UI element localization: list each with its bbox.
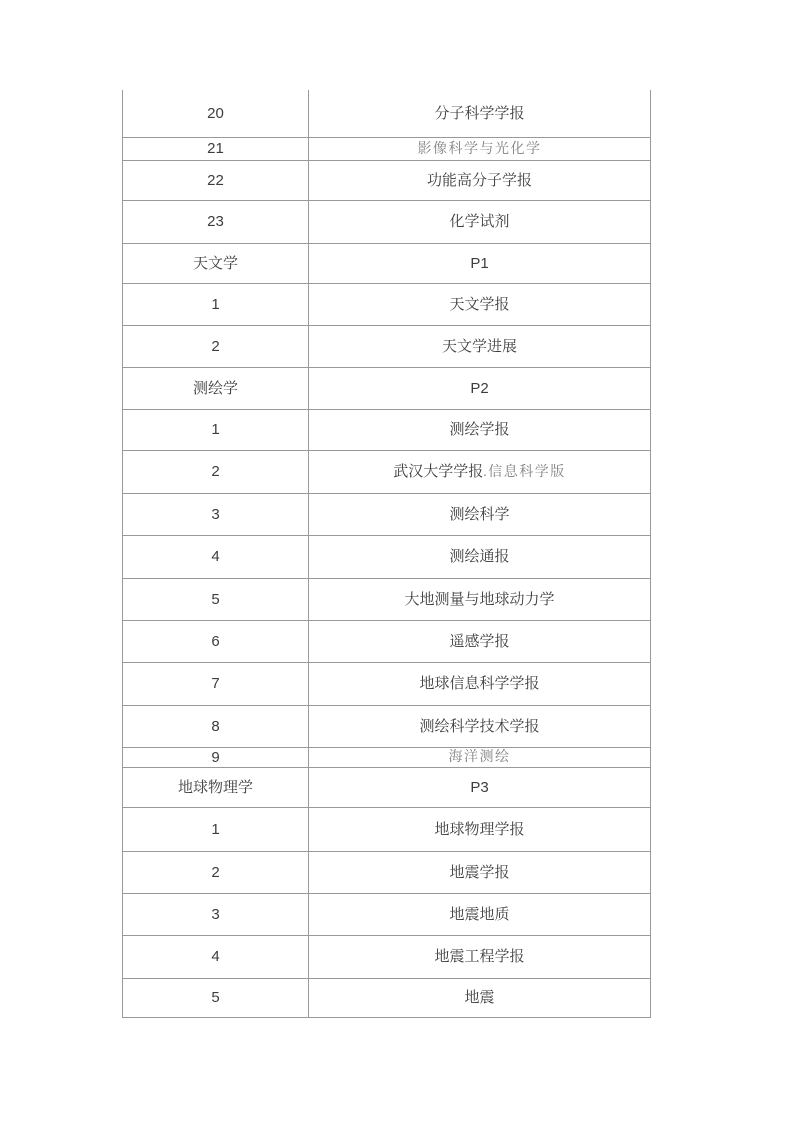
row-label-cell: 2 <box>123 851 309 893</box>
row-label-cell: 3 <box>123 493 309 535</box>
journal-name: 地球物理学报 <box>434 821 524 838</box>
journal-name: 天文学报 <box>449 296 509 313</box>
row-label: 1 <box>211 421 219 438</box>
table-row: 1 测绘学报 <box>123 409 651 450</box>
table-row: 4 测绘通报 <box>123 535 651 578</box>
row-label: 5 <box>211 989 219 1006</box>
journal-name-cell: 武汉大学学报.信息科学版 <box>309 450 651 493</box>
journal-name-cell: 功能高分子学报 <box>309 160 651 200</box>
row-label: 3 <box>211 506 219 523</box>
journal-name: P1 <box>470 255 488 272</box>
row-label: 2 <box>211 463 219 480</box>
table-row: 4 地震工程学报 <box>123 935 651 978</box>
row-label-cell: 22 <box>123 160 309 200</box>
journal-name: P3 <box>470 779 488 796</box>
journal-name: 海洋测绘 <box>449 750 511 765</box>
table-row: 5 地震 <box>123 978 651 1017</box>
journal-name-cell: 地震工程学报 <box>309 935 651 978</box>
journal-name: 地震地质 <box>449 906 509 923</box>
row-label-cell: 4 <box>123 935 309 978</box>
journal-name-cell: 地震地质 <box>309 893 651 935</box>
row-label-cell: 1 <box>123 807 309 851</box>
row-label-cell: 1 <box>123 283 309 325</box>
journal-name-cell: 地震学报 <box>309 851 651 893</box>
journal-name: 测绘科学 <box>449 506 509 523</box>
journal-name: 功能高分子学报 <box>427 172 532 189</box>
table-row: 9 海洋测绘 <box>123 747 651 767</box>
row-label: 22 <box>207 172 224 189</box>
row-label-cell: 2 <box>123 325 309 367</box>
table-row: 5 大地测量与地球动力学 <box>123 578 651 620</box>
row-label-cell: 3 <box>123 893 309 935</box>
journal-name-cell: P2 <box>309 367 651 409</box>
row-label-cell: 23 <box>123 200 309 243</box>
journal-name: 化学试剂 <box>449 213 509 230</box>
row-label-cell: 地球物理学 <box>123 767 309 807</box>
journal-name-cell: 天文学进展 <box>309 325 651 367</box>
table-row: 3 地震地质 <box>123 893 651 935</box>
row-label-cell: 7 <box>123 662 309 705</box>
journal-name: 测绘科学技术学报 <box>419 718 539 735</box>
journal-name-cell: 影像科学与光化学 <box>309 137 651 160</box>
row-label: 地球物理学 <box>178 779 253 796</box>
row-label-cell: 20 <box>123 90 309 137</box>
table-row: 1 天文学报 <box>123 283 651 325</box>
journal-name-cell: 海洋测绘 <box>309 747 651 767</box>
row-label: 6 <box>211 633 219 650</box>
journal-name-suffix: .信息科学版 <box>483 465 566 480</box>
table-row: 2 地震学报 <box>123 851 651 893</box>
row-label-cell: 8 <box>123 705 309 747</box>
journal-name: 影像科学与光化学 <box>418 142 542 157</box>
table-row: 天文学 P1 <box>123 243 651 283</box>
row-label-cell: 5 <box>123 978 309 1017</box>
journal-name-cell: 化学试剂 <box>309 200 651 243</box>
row-label: 23 <box>207 213 224 230</box>
table-row: 测绘学 P2 <box>123 367 651 409</box>
journal-name: 天文学进展 <box>442 338 517 355</box>
journal-name-cell: 测绘通报 <box>309 535 651 578</box>
row-label: 1 <box>211 821 219 838</box>
table-row: 2 武汉大学学报.信息科学版 <box>123 450 651 493</box>
table-row: 22 功能高分子学报 <box>123 160 651 200</box>
row-label-cell: 天文学 <box>123 243 309 283</box>
row-label-cell: 21 <box>123 137 309 160</box>
row-label-cell: 6 <box>123 620 309 662</box>
row-label: 7 <box>211 675 219 692</box>
table-row: 6 遥感学报 <box>123 620 651 662</box>
row-label-cell: 5 <box>123 578 309 620</box>
row-label: 9 <box>211 749 219 766</box>
row-label-cell: 2 <box>123 450 309 493</box>
journal-name: 遥感学报 <box>449 633 509 650</box>
row-label: 4 <box>211 948 219 965</box>
journal-table-body: 20 分子科学学报 21 影像科学与光化学 22 功能高分子学报 23 化学试剂… <box>123 90 651 1017</box>
row-label-cell: 9 <box>123 747 309 767</box>
document-page: 20 分子科学学报 21 影像科学与光化学 22 功能高分子学报 23 化学试剂… <box>0 0 793 1122</box>
journal-name: 测绘通报 <box>449 548 509 565</box>
table-row: 23 化学试剂 <box>123 200 651 243</box>
journal-name-cell: P3 <box>309 767 651 807</box>
journal-name-cell: 大地测量与地球动力学 <box>309 578 651 620</box>
journal-name-cell: 天文学报 <box>309 283 651 325</box>
row-label-cell: 测绘学 <box>123 367 309 409</box>
journal-name-cell: 地球信息科学学报 <box>309 662 651 705</box>
table-row: 8 测绘科学技术学报 <box>123 705 651 747</box>
row-label: 3 <box>211 906 219 923</box>
table-row: 7 地球信息科学学报 <box>123 662 651 705</box>
table-row: 21 影像科学与光化学 <box>123 137 651 160</box>
journal-name: 分子科学学报 <box>434 105 524 122</box>
journal-name-cell: P1 <box>309 243 651 283</box>
journal-name: 大地测量与地球动力学 <box>404 591 554 608</box>
row-label: 1 <box>211 296 219 313</box>
table-row: 地球物理学 P3 <box>123 767 651 807</box>
table-row: 1 地球物理学报 <box>123 807 651 851</box>
journal-name-cell: 分子科学学报 <box>309 90 651 137</box>
journal-name-cell: 地球物理学报 <box>309 807 651 851</box>
row-label: 4 <box>211 548 219 565</box>
row-label-cell: 4 <box>123 535 309 578</box>
journal-name-cell: 测绘科学 <box>309 493 651 535</box>
journal-name: 武汉大学学报 <box>393 463 483 480</box>
journal-name: 地震工程学报 <box>434 948 524 965</box>
journal-name-cell: 测绘学报 <box>309 409 651 450</box>
journal-name-cell: 遥感学报 <box>309 620 651 662</box>
journal-name: 测绘学报 <box>449 421 509 438</box>
row-label: 测绘学 <box>193 380 238 397</box>
table-row: 3 测绘科学 <box>123 493 651 535</box>
row-label: 2 <box>211 338 219 355</box>
row-label: 2 <box>211 864 219 881</box>
row-label: 天文学 <box>193 255 238 272</box>
journal-name-cell: 测绘科学技术学报 <box>309 705 651 747</box>
row-label-cell: 1 <box>123 409 309 450</box>
journal-name: 地震学报 <box>449 864 509 881</box>
journal-name-cell: 地震 <box>309 978 651 1017</box>
row-label: 21 <box>207 140 224 157</box>
row-label: 20 <box>207 105 224 122</box>
row-label: 5 <box>211 591 219 608</box>
journal-name: 地震 <box>464 989 494 1006</box>
table-row: 2 天文学进展 <box>123 325 651 367</box>
table-row: 20 分子科学学报 <box>123 90 651 137</box>
journal-list-table: 20 分子科学学报 21 影像科学与光化学 22 功能高分子学报 23 化学试剂… <box>122 90 651 1018</box>
journal-name: P2 <box>470 380 488 397</box>
journal-name: 地球信息科学学报 <box>419 675 539 692</box>
row-label: 8 <box>211 718 219 735</box>
